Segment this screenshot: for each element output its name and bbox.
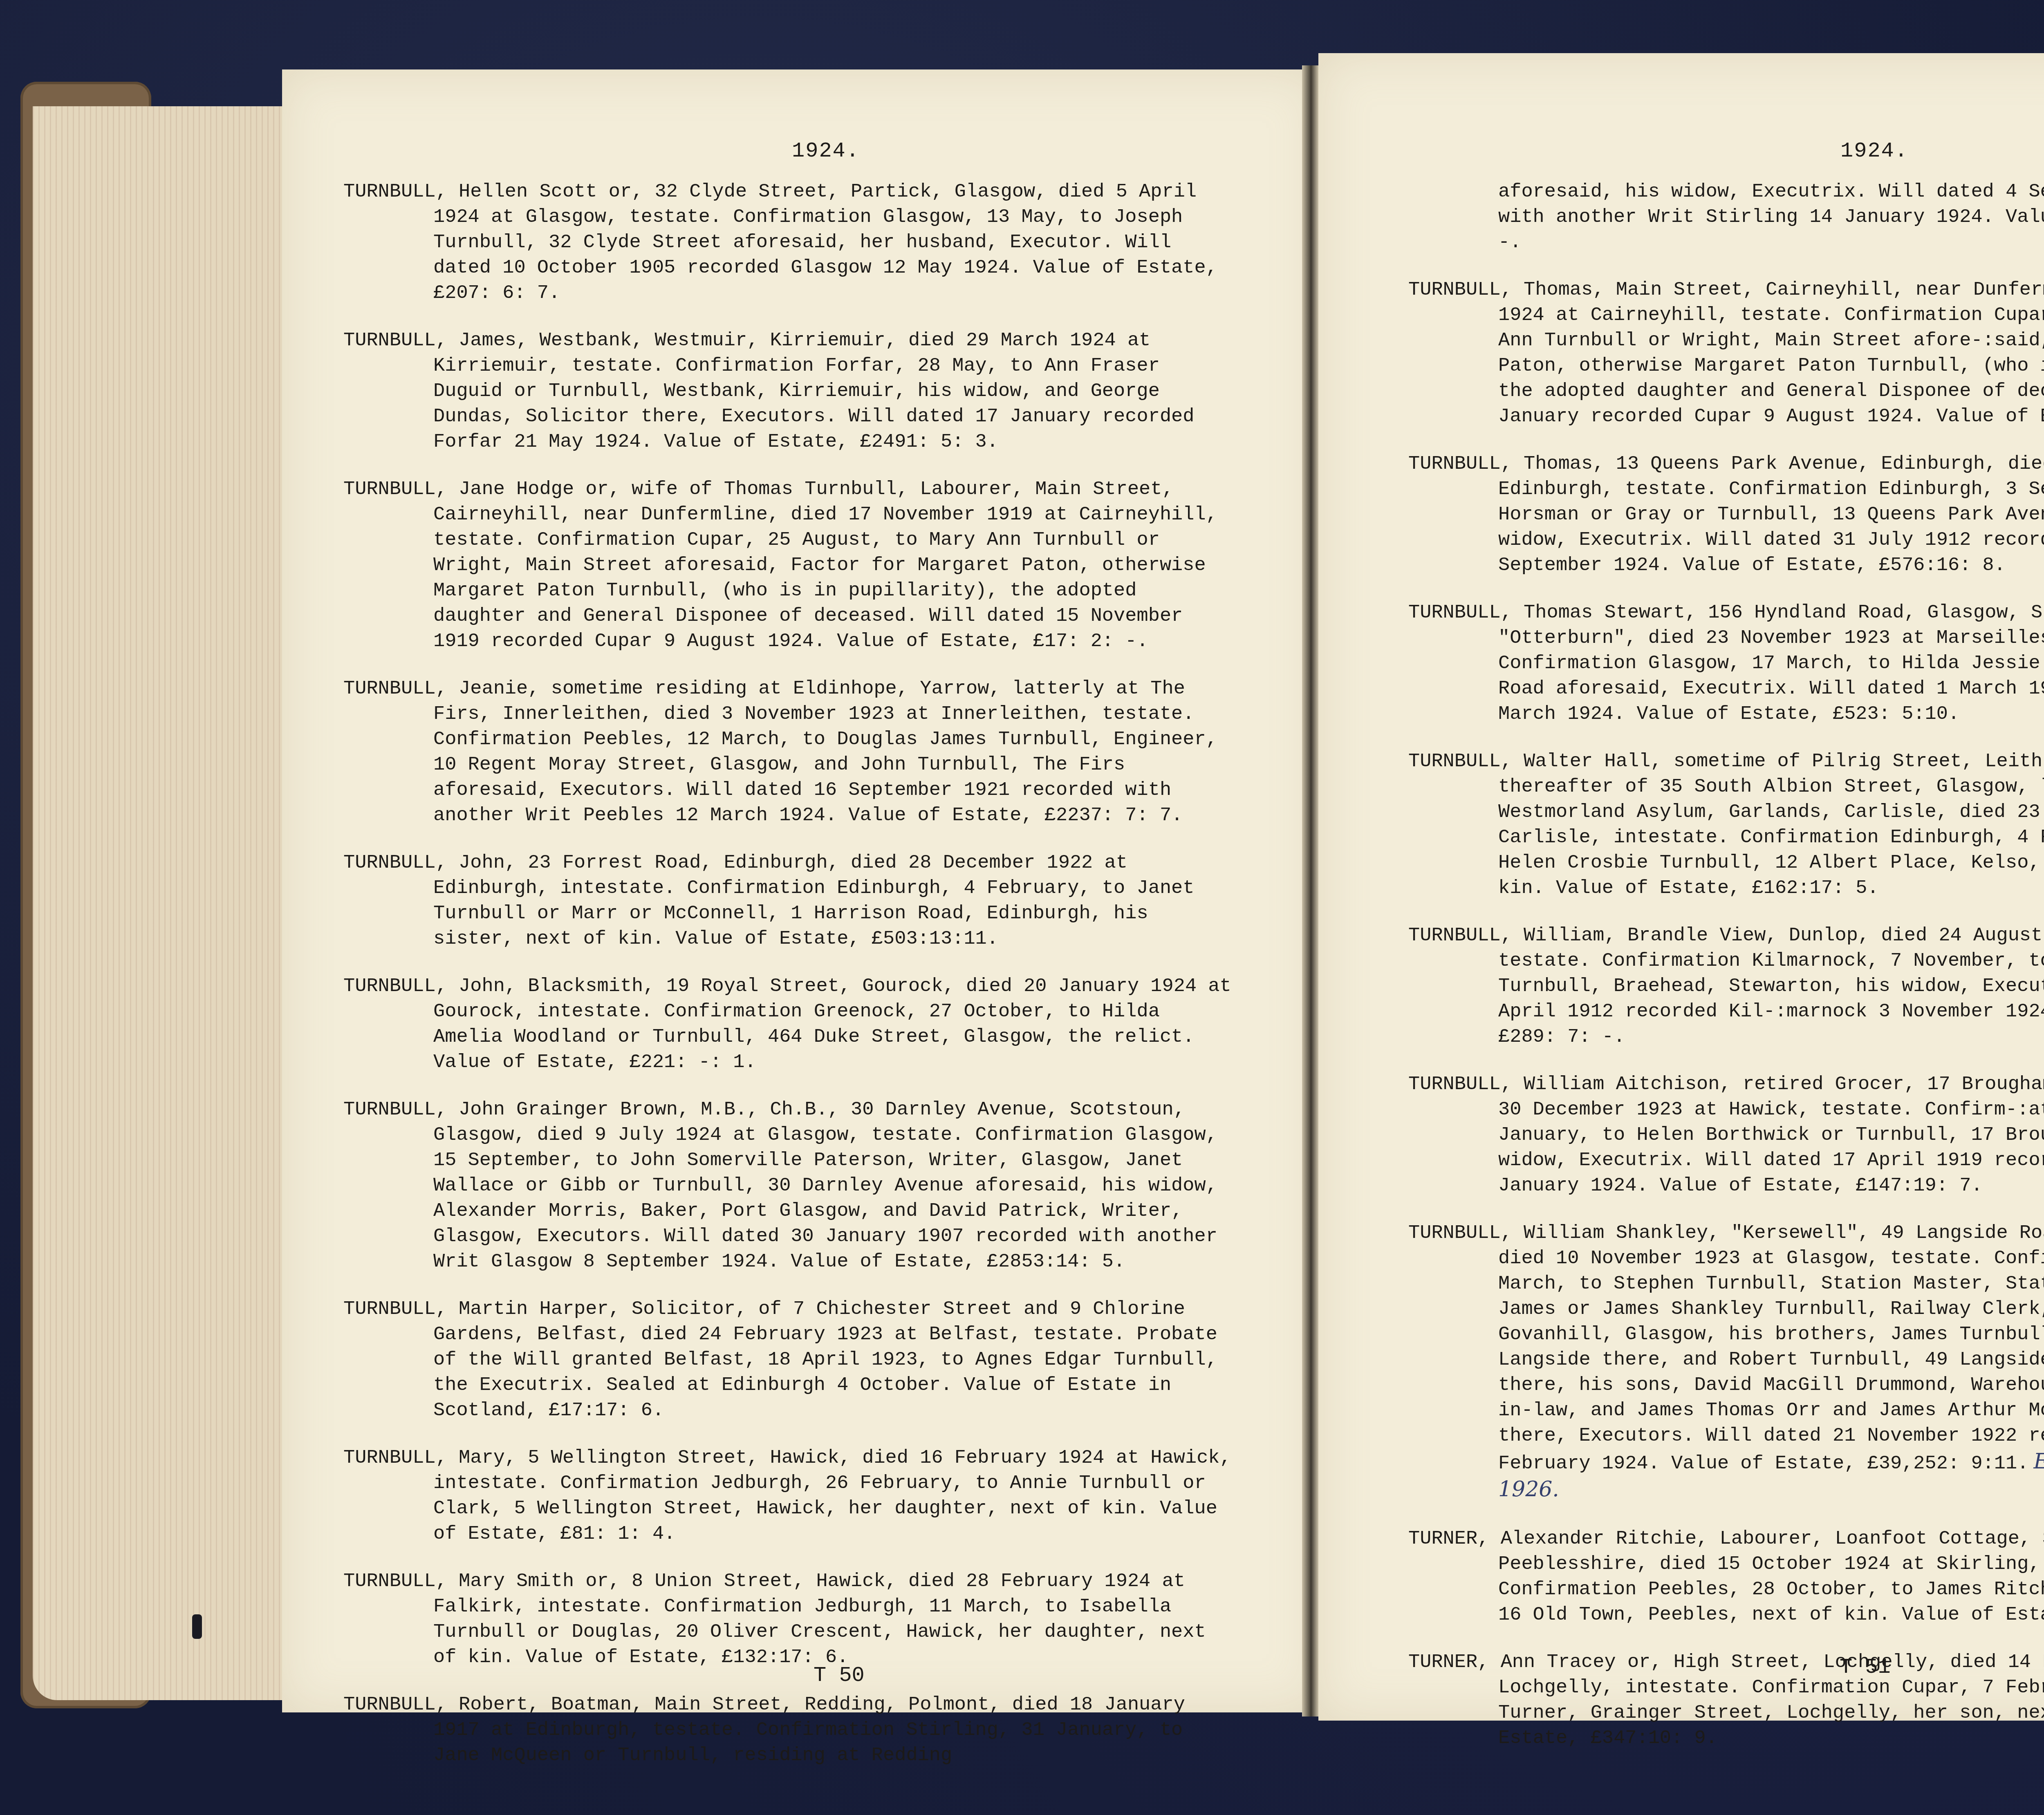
entry-text: Thomas, 13 Queens Park Avenue, Edinburgh… [1498,453,2044,576]
entry-text: Mary, 5 Wellington Street, Hawick, died … [433,1447,1243,1545]
entry-surname: TURNBULL, [343,1099,447,1121]
register-entry: TURNER, Ann Tracey or, High Street, Loch… [1408,1650,2044,1751]
register-entry: TURNBULL, James, Westbank, Westmuir, Kir… [343,328,1235,455]
entry-surname: TURNBULL, [343,330,447,351]
entry-text: Alexander Ritchie, Labourer, Loanfoot Co… [1489,1528,2044,1626]
entry-text: John Grainger Brown, M.B., Ch.B., 30 Dar… [433,1099,1229,1273]
entry-surname: TURNBULL, [1408,453,1512,475]
entry-text: John, 23 Forrest Road, Edinburgh, died 2… [433,852,1206,950]
register-entry: TURNBULL, Jane Hodge or, wife of Thomas … [343,477,1235,654]
entry-surname: TURNBULL, [1408,279,1512,301]
register-entry: TURNBULL, Thomas Stewart, 156 Hyndland R… [1408,600,2044,727]
entry-text: William Shankley, "Kersewell", 49 Langsi… [1498,1222,2044,1475]
entry-text: Walter Hall, sometime of Pilrig Street, … [1498,751,2044,899]
entry-text: Mary Smith or, 8 Union Street, Hawick, d… [433,1571,1217,1668]
continued-entry: aforesaid, his widow, Executrix. Will da… [1408,179,2044,255]
running-head: 1924. [343,139,1235,163]
entry-surname: TURNBULL, [1408,751,1512,772]
entry-surname: TURNBULL, [343,1447,447,1469]
register-entry: TURNBULL, Jeanie, sometime residing at E… [343,676,1235,828]
entry-surname: TURNBULL, [343,479,447,500]
entry-surname: TURNBULL, [343,678,447,700]
register-entry: TURNBULL, Thomas, 13 Queens Park Avenue,… [1408,452,2044,578]
ink-mark [192,1614,202,1639]
entry-text: John, Blacksmith, 19 Royal Street, Gouro… [433,976,1243,1073]
entry-text: James, Westbank, Westmuir, Kirriemuir, d… [433,330,1206,453]
entry-text: Thomas, Main Street, Cairneyhill, near D… [1498,279,2044,427]
register-entry: TURNBULL, Robert, Boatman, Main Street, … [343,1692,1235,1768]
book-gutter [1302,65,1318,1717]
register-entry: TURNBULL, William, Brandle View, Dunlop,… [1408,923,2044,1050]
register-entry: TURNBULL, Martin Harper, Solicitor, of 7… [343,1297,1235,1423]
right-page-text: 1924. aforesaid, his widow, Executrix. W… [1408,139,2044,1773]
register-entry: TURNBULL, Hellen Scott or, 32 Clyde Stre… [343,179,1235,306]
entry-text: William Aitchison, retired Grocer, 17 Br… [1498,1074,2044,1197]
entry-text: Ann Tracey or, High Street, Lochgelly, d… [1489,1652,2044,1749]
register-entry: TURNBULL, John, Blacksmith, 19 Royal Str… [343,974,1235,1075]
entry-text: Jeanie, sometime residing at Eldinhope, … [433,678,1229,826]
entry-surname: TURNBULL, [343,1298,447,1320]
entry-surname: TURNBULL, [343,181,447,203]
register-entry: TURNBULL, William Aitchison, retired Gro… [1408,1072,2044,1199]
register-entry: TURNBULL, Mary Smith or, 8 Union Street,… [343,1569,1235,1670]
register-entry: TURNBULL, John, 23 Forrest Road, Edinbur… [343,850,1235,952]
page-block-edge-left [33,106,282,1700]
entry-text: Martin Harper, Solicitor, of 7 Chicheste… [433,1298,1229,1421]
entry-surname: TURNBULL, [1408,1222,1512,1244]
page-number: T 51 [1840,1655,1891,1679]
entry-surname: TURNBULL, [1408,602,1512,624]
entry-surname: TURNBULL, [343,1694,447,1716]
entry-text: William, Brandle View, Dunlop, died 24 A… [1498,925,2044,1048]
register-entry: TURNBULL, William Shankley, "Kersewell",… [1408,1221,2044,1504]
entry-surname: TURNBULL, [343,976,447,997]
entry-text: Thomas Stewart, 156 Hyndland Road, Glasg… [1498,602,2044,725]
entry-surname: TURNBULL, [343,1571,447,1592]
register-entry: TURNBULL, Thomas, Main Street, Cairneyhi… [1408,278,2044,430]
entry-text: Jane Hodge or, wife of Thomas Turnbull, … [433,479,1229,652]
register-entry: TURNBULL, John Grainger Brown, M.B., Ch.… [343,1097,1235,1275]
entry-surname: TURNBULL, [1408,1074,1512,1095]
entry-surname: TURNBULL, [343,852,447,874]
entry-surname: TURNER, [1408,1528,1489,1550]
left-page-text: 1924. TURNBULL, Hellen Scott or, 32 Clyd… [343,139,1235,1790]
page-number: T 50 [814,1663,865,1687]
running-head: 1924. [1408,139,2044,163]
entry-surname: TURNER, [1408,1652,1489,1673]
entry-text: Hellen Scott or, 32 Clyde Street, Partic… [433,181,1229,304]
entry-surname: TURNBULL, [1408,925,1512,947]
entry-text: Robert, Boatman, Main Street, Redding, P… [433,1694,1197,1766]
register-entry: TURNBULL, Mary, 5 Wellington Street, Haw… [343,1446,1235,1547]
register-entry: TURNER, Alexander Ritchie, Labourer, Loa… [1408,1526,2044,1628]
register-entry: TURNBULL, Walter Hall, sometime of Pilri… [1408,749,2044,901]
